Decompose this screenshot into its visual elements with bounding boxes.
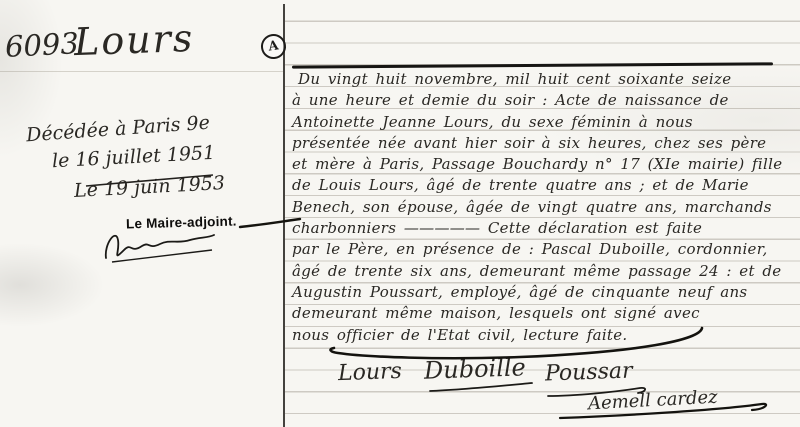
- act-line: et mère à Paris, Passage Bouchardy n° 17…: [292, 154, 797, 175]
- maire-signature-underline: [112, 250, 212, 262]
- maire-adjoint-stamp: Le Maire-adjoint.: [126, 214, 237, 232]
- act-line: Antoinette Jeanne Lours, du sexe féminin…: [292, 112, 797, 133]
- signature-declarant: Lours: [338, 359, 403, 386]
- act-line: de Louis Lours, âgé de trente quatre ans…: [292, 175, 797, 196]
- act-line: Du vingt huit novembre, mil huit cent so…: [292, 69, 797, 90]
- margin-faint-rule: [0, 71, 283, 72]
- act-body: Du vingt huit novembre, mil huit cent so…: [292, 69, 797, 346]
- act-line: nous officier de l'Etat civil, lecture f…: [292, 325, 797, 346]
- act-line: Augustin Poussart, employé, âgé de cinqu…: [292, 282, 797, 303]
- act-line: charbonniers ————— Cette déclaration est…: [292, 218, 797, 239]
- signature-witness2: Poussar: [545, 358, 633, 386]
- death-annotation-line3: Le 19 juin 1953: [74, 172, 226, 202]
- act-line: présentée née avant hier soir à six heur…: [292, 133, 797, 154]
- signature-witness1: Duboille: [424, 353, 527, 385]
- margin-vertical-rule: [283, 4, 285, 427]
- act-name: Lours: [73, 16, 195, 64]
- register-page: 6093 Lours A Décédée à Paris 9e le 16 ju…: [0, 0, 800, 427]
- death-annotation-line2: le 16 juillet 1951: [52, 142, 216, 173]
- act-line: par le Père, en présence de : Pascal Dub…: [292, 239, 797, 260]
- act-line: à une heure et demie du soir : Acte de n…: [292, 90, 797, 111]
- act-number: 6093: [4, 26, 79, 64]
- act-line: demeurant même maison, lesquels ont sign…: [292, 303, 797, 324]
- act-line: âgé de trente six ans, demeurant même pa…: [292, 261, 797, 282]
- death-annotation-line1: Décédée à Paris 9e: [25, 112, 210, 147]
- maire-signature-scrawl: [106, 235, 214, 258]
- act-line: Benech, son épouse, âgée de vingt quatre…: [292, 197, 797, 218]
